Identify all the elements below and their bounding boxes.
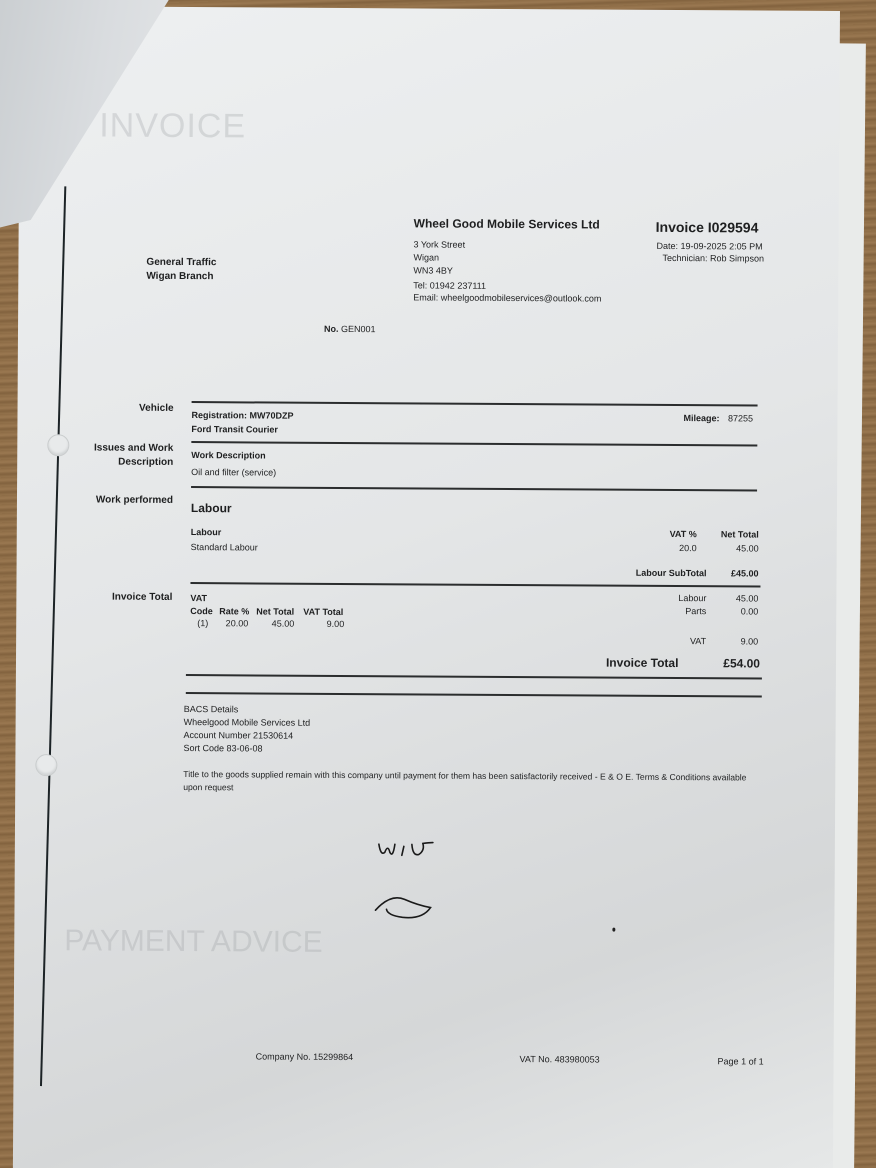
work-description-text: Oil and filter (service) bbox=[191, 467, 276, 478]
invoice-title: Invoice I029594 bbox=[656, 219, 759, 236]
punch-hole bbox=[35, 754, 57, 776]
vehicle-model: Ford Transit Courier bbox=[191, 424, 278, 435]
vat-col-rate: Rate % bbox=[219, 606, 249, 616]
issues-section-label: Description bbox=[87, 456, 173, 468]
show-through-title: PAYMENT ADVICE bbox=[64, 924, 323, 960]
vat-col-net: Net Total bbox=[256, 606, 294, 616]
handwritten-note-icon bbox=[375, 836, 445, 862]
column-header-net-total: Net Total bbox=[703, 529, 759, 539]
labour-item-heading: Labour bbox=[191, 527, 222, 537]
column-header-vat: VAT % bbox=[657, 529, 697, 539]
document-number-value: GEN001 bbox=[341, 324, 376, 334]
supplier-tel: Tel: 01942 237111 bbox=[413, 280, 486, 290]
footer-page-number: Page 1 of 1 bbox=[718, 1056, 764, 1066]
summary-label-labour: Labour bbox=[636, 593, 706, 603]
punch-hole bbox=[47, 434, 69, 456]
binder-margin-line bbox=[40, 186, 66, 1086]
invoice-page: INVOICE PAYMENT ADVICE Wheel Good Mobile… bbox=[13, 6, 840, 1168]
labour-item-vat: 20.0 bbox=[657, 543, 697, 553]
supplier-name: Wheel Good Mobile Services Ltd bbox=[414, 216, 600, 231]
divider bbox=[192, 401, 758, 406]
mileage-label: Mileage: bbox=[683, 413, 719, 423]
work-description-heading: Work Description bbox=[191, 450, 265, 460]
bacs-sort-code: Sort Code 83-06-08 bbox=[183, 743, 262, 753]
document-number: No. GEN001 bbox=[324, 324, 376, 334]
supplier-address-line: Wigan bbox=[413, 252, 439, 262]
invoice-total-value: £54.00 bbox=[706, 656, 760, 670]
customer-branch: Wigan Branch bbox=[146, 271, 213, 282]
vat-row-net: 45.00 bbox=[256, 618, 294, 628]
mileage-value: 87255 bbox=[728, 413, 753, 423]
divider bbox=[186, 692, 762, 697]
terms-line: Title to the goods supplied remain with … bbox=[183, 769, 746, 782]
footer-vat-number: VAT No. 483980053 bbox=[520, 1054, 600, 1064]
supplier-address-line: WN3 4BY bbox=[413, 265, 453, 275]
work-section-label: Work performed bbox=[77, 494, 173, 506]
totals-section-label: Invoice Total bbox=[76, 591, 172, 603]
divider bbox=[191, 486, 757, 491]
handwritten-signature-icon bbox=[372, 893, 436, 923]
summary-value-vat: 9.00 bbox=[716, 636, 758, 646]
vat-col-code: Code bbox=[190, 606, 213, 616]
ink-speck bbox=[612, 928, 615, 932]
vehicle-registration: Registration: MW70DZP bbox=[191, 410, 293, 421]
divider bbox=[190, 582, 760, 587]
bacs-account-name: Wheelgood Mobile Services Ltd bbox=[184, 717, 311, 728]
invoice-total-label: Invoice Total bbox=[606, 656, 679, 670]
invoice-technician: Technician: Rob Simpson bbox=[662, 253, 764, 264]
vat-row-code: (1) bbox=[197, 618, 208, 628]
summary-value-parts: 0.00 bbox=[716, 606, 758, 616]
footer-company-number: Company No. 15299864 bbox=[256, 1051, 354, 1062]
labour-item-description: Standard Labour bbox=[191, 542, 258, 552]
invoice-date: Date: 19-09-2025 2:05 PM bbox=[657, 241, 763, 252]
supplier-email: Email: wheelgoodmobileservices@outlook.c… bbox=[413, 292, 601, 303]
document-number-label: No. bbox=[324, 324, 339, 334]
vat-table-title: VAT bbox=[190, 593, 207, 603]
customer-name: General Traffic bbox=[146, 257, 216, 268]
bacs-heading: BACS Details bbox=[184, 704, 239, 714]
divider bbox=[191, 441, 757, 446]
work-heading: Labour bbox=[191, 501, 232, 515]
vat-row-vat: 9.00 bbox=[306, 619, 344, 629]
vat-row-rate: 20.00 bbox=[216, 618, 248, 628]
divider bbox=[186, 674, 762, 679]
labour-item-net: 45.00 bbox=[703, 543, 759, 553]
summary-value-labour: 45.00 bbox=[716, 593, 758, 603]
labour-subtotal-value: £45.00 bbox=[713, 568, 759, 578]
supplier-address-line: 3 York Street bbox=[414, 239, 466, 249]
show-through-title: INVOICE bbox=[99, 106, 246, 146]
terms-line: upon request bbox=[183, 782, 233, 792]
bacs-account-number: Account Number 21530614 bbox=[184, 730, 294, 741]
labour-subtotal-label: Labour SubTotal bbox=[607, 568, 707, 579]
issues-section-label: Issues and Work bbox=[87, 442, 173, 454]
summary-label-vat: VAT bbox=[636, 636, 706, 646]
summary-label-parts: Parts bbox=[636, 606, 706, 616]
vehicle-section-label: Vehicle bbox=[108, 403, 174, 414]
vat-col-vat: VAT Total bbox=[303, 607, 343, 617]
